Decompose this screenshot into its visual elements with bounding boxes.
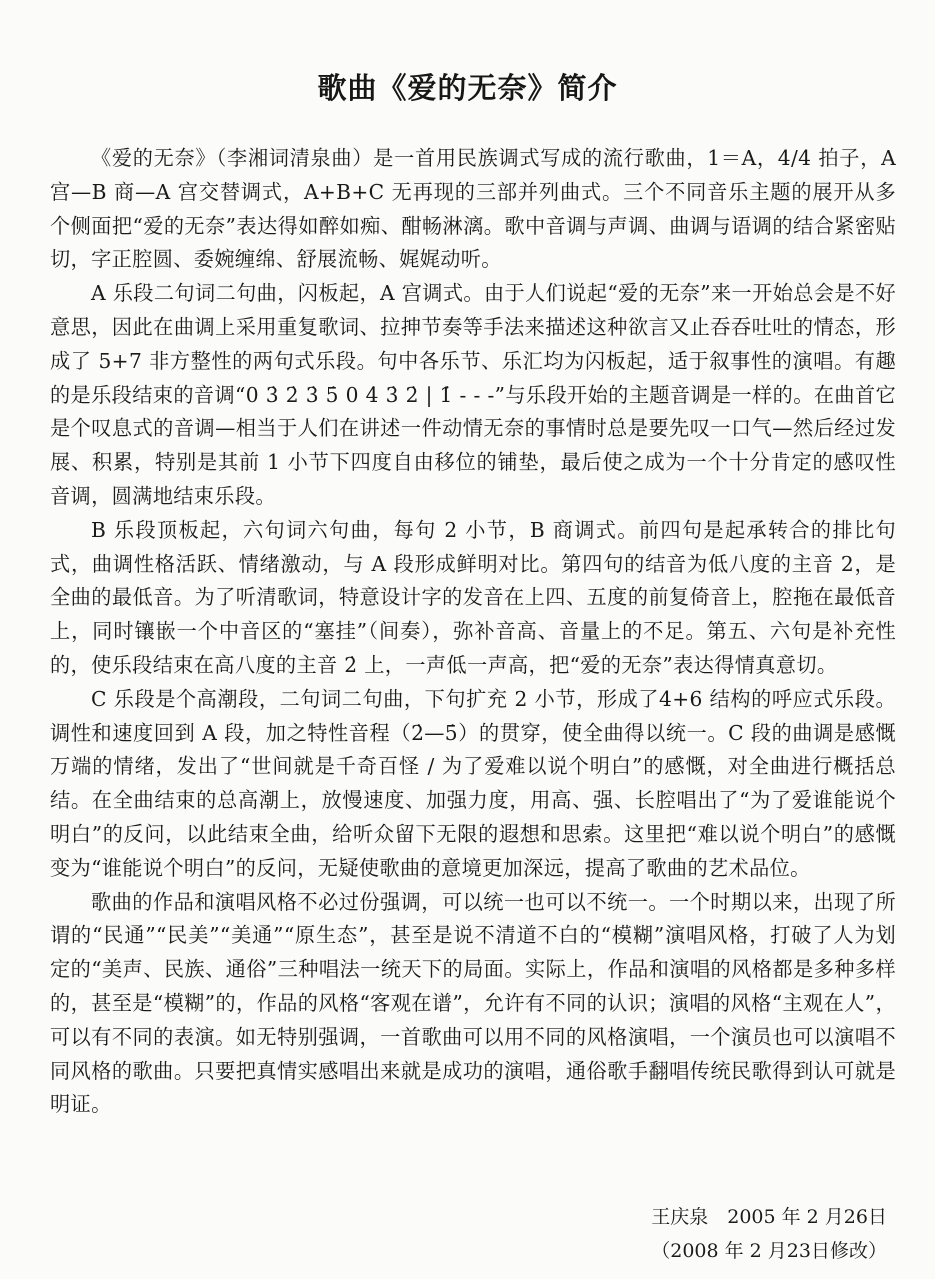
signature-block: 王庆泉 2005 年 2 月26日 （2008 年 2 月23日修改） bbox=[651, 1200, 887, 1268]
paragraph-style: 歌曲的作品和演唱风格不必过份强调，可以统一也可以不统一。一个时期以来，出现了所谓… bbox=[50, 886, 896, 1123]
paragraph-section-a: A 乐段二句词二句曲，闪板起，A 宫调式。由于人们说起“爱的无奈”来一开始总会是… bbox=[50, 277, 896, 514]
paragraph-section-b: B 乐段顶板起，六句词六句曲，每句 2 小节，B 商调式。前四句是起承转合的排比… bbox=[50, 514, 896, 683]
document-body: 《爱的无奈》（李湘词清泉曲）是一首用民族调式写成的流行歌曲，1＝A，4/4 拍子… bbox=[50, 142, 896, 1122]
paragraph-section-c: C 乐段是个高潮段，二句词二句曲，下句扩充 2 小节，形成了4+6 结构的呼应式… bbox=[50, 683, 896, 886]
document-title: 歌曲《爱的无奈》简介 bbox=[0, 66, 935, 107]
paragraph-intro: 《爱的无奈》（李湘词清泉曲）是一首用民族调式写成的流行歌曲，1＝A，4/4 拍子… bbox=[50, 142, 896, 277]
author-date: 王庆泉 2005 年 2 月26日 bbox=[651, 1200, 887, 1234]
revision-note: （2008 年 2 月23日修改） bbox=[651, 1234, 887, 1268]
